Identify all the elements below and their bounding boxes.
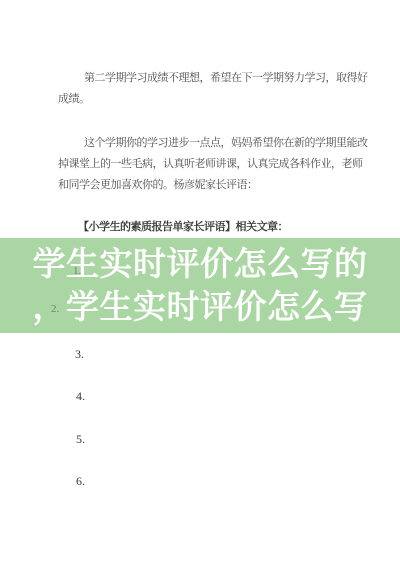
paragraph1-line1: 第二学期学习成绩不理想，希望在下一学期努力学习，取得好 <box>84 72 368 85</box>
list-item-number-1: 1. <box>73 265 81 277</box>
related-articles-heading: 【小学生的素质报告单家长评语】相关文章： <box>78 218 288 234</box>
list-item-number-4: 4. <box>76 389 85 404</box>
list-item-number-6: 6. <box>76 474 85 489</box>
paragraph2-line3: 和同学会更加喜欢你的。杨彦妮家长评语： <box>58 179 258 192</box>
paragraph1-line2: 成绩。 <box>58 93 90 106</box>
list-item-number-2: 2. <box>51 303 59 315</box>
document-page: 第二学期学习成绩不理想，希望在下一学期努力学习，取得好 成绩。 这个学期你的学习… <box>0 0 400 566</box>
title-banner: 学生实时评价怎么写的 ，学生实时评价怎么写 <box>0 238 400 333</box>
banner-title-line2: ，学生实时评价怎么写 <box>0 285 400 328</box>
paragraph2-line1: 这个学期你的学习进步一点点，妈妈希望你在新的学期里能改 <box>84 137 368 150</box>
list-item-number-5: 5. <box>76 432 85 447</box>
banner-title-line1: 学生实时评价怎么写的 <box>0 242 400 285</box>
paragraph2-line2: 掉课堂上的一些毛病，认真听老师讲课，认真完成各科作业，老师 <box>58 158 363 171</box>
list-item-number-3: 3. <box>75 347 84 362</box>
